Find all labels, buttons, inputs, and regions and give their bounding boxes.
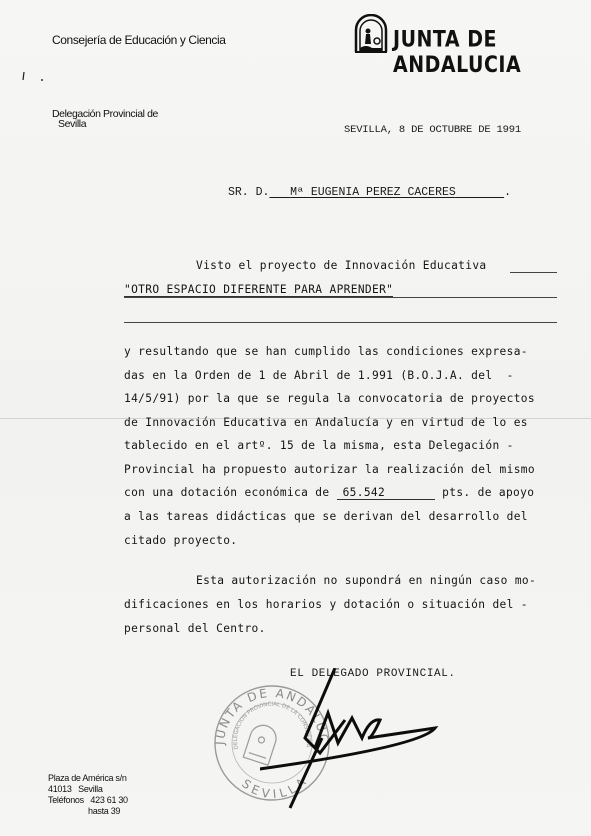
body-line: y resultando que se han cumplido las con… xyxy=(124,345,528,358)
amount-line: con una dotación económica de 65.542 pts… xyxy=(124,486,534,500)
body-line: a las tareas didácticas que se derivan d… xyxy=(124,510,528,523)
handwritten-signature xyxy=(260,668,510,818)
letter-page: Consejería de Educación y Ciencia Delega… xyxy=(0,0,591,836)
footer-line: Plaza de América s/n xyxy=(48,773,128,784)
brand-name: JUNTA DE ANDALUCIA xyxy=(393,27,591,78)
project-title: "OTRO ESPACIO DIFERENTE PARA APRENDER" xyxy=(124,283,393,297)
body-line: tablecido en el artº. 15 de la misma, es… xyxy=(124,439,514,452)
body-line: personal del Centro. xyxy=(124,622,266,635)
amount-value: 65.542 xyxy=(337,487,436,500)
date-line: SEVILLA, 8 DE OCTUBRE DE 1991 xyxy=(344,124,521,136)
delegation-line-2: Sevilla xyxy=(52,119,158,129)
footer-address: Plaza de América s/n 41013 Sevilla Teléf… xyxy=(48,773,128,817)
addressee-prefix: SR. D. xyxy=(228,186,269,199)
intro-fill-line xyxy=(510,272,557,273)
body-line: Provincial ha propuesto autorizar la rea… xyxy=(124,463,535,476)
footer-line: Teléfonos 423 61 30 xyxy=(48,795,128,806)
body-line: Esta autorización no supondrá en ningún … xyxy=(196,574,536,587)
project-title-fill-line xyxy=(124,297,557,298)
body-line: citado proyecto. xyxy=(124,534,237,547)
junta-andalucia-emblem-icon xyxy=(354,14,388,54)
blank-fill-line xyxy=(124,322,557,323)
addressee: SR. D. Mª EUGENIA PEREZ CACERES . xyxy=(228,186,511,199)
body-line: 14/5/91) por la que se regula la convoca… xyxy=(124,392,535,405)
addressee-name: Mª EUGENIA PEREZ CACERES xyxy=(290,186,456,199)
intro-line: Visto el proyecto de Innovación Educativ… xyxy=(196,259,487,272)
delegation-name: Delegación Provincial de Sevilla xyxy=(52,109,158,129)
addressee-suffix: . xyxy=(504,186,511,199)
body-line: de Innovación Educativa en Andalucía y e… xyxy=(124,416,528,429)
margin-marks xyxy=(20,60,50,90)
body-line: das en la Orden de 1 de Abril de 1.991 (… xyxy=(124,369,514,382)
footer-line: hasta 39 xyxy=(48,806,128,817)
body-line: dificaciones en los horarios y dotación … xyxy=(124,598,528,611)
department-name: Consejería de Educación y Ciencia xyxy=(52,33,226,47)
footer-line: 41013 Sevilla xyxy=(48,784,128,795)
